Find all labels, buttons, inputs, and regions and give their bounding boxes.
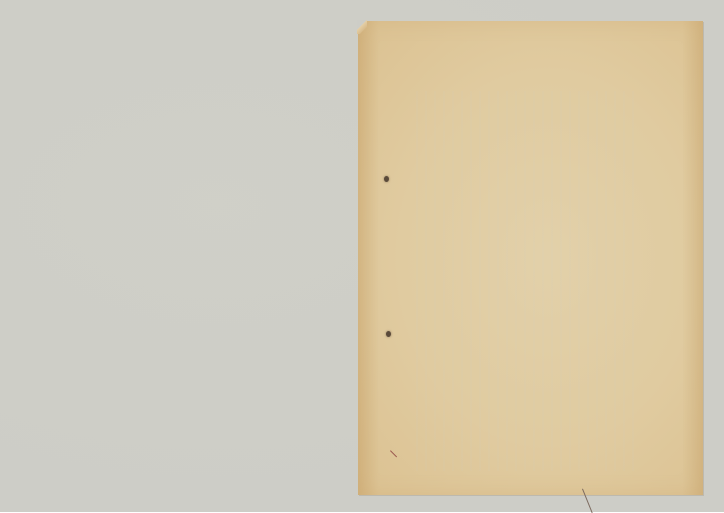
show-through-texture [416,91,636,471]
pencil-mark [582,489,593,512]
binding-hole-lower [386,331,391,337]
blank-page [358,21,703,495]
torn-corner [357,20,367,34]
ink-mark [390,450,397,457]
scan-background [0,0,724,512]
binding-hole-upper [384,176,389,182]
